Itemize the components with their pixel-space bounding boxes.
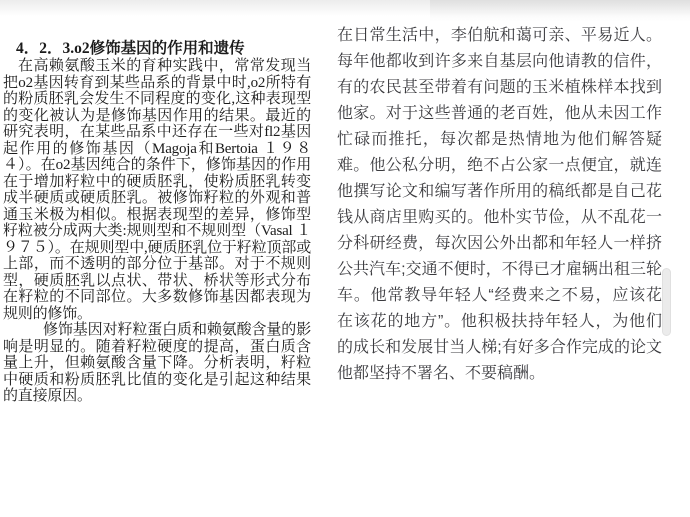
section-heading: 4．2．3.o2修饰基因的作用和遗传 <box>3 40 311 58</box>
right-text-column: 在日常生活中，李伯航和蔼可亲、平易近人。每年他都收到许多来自基层向他请教的信件，… <box>337 23 662 387</box>
right-paragraph: 在日常生活中，李伯航和蔼可亲、平易近人。每年他都收到许多来自基层向他请教的信件，… <box>337 23 662 387</box>
top-edge-shade <box>0 0 690 16</box>
left-text-column: 4．2．3.o2修饰基因的作用和遗传 在高赖氨酸玉米的育种实践中，常常发现当把o… <box>3 40 311 405</box>
left-paragraph-2: 修饰基因对籽粒蛋白质和赖氨酸含量的影响是明显的。随着籽粒硬度的提高，蛋白质含量上… <box>3 322 311 405</box>
document-page: 4．2．3.o2修饰基因的作用和遗传 在高赖氨酸玉米的育种实践中，常常发现当把o… <box>0 0 690 517</box>
scrollbar-thumb[interactable] <box>662 268 671 336</box>
left-paragraph-1: 在高赖氨酸玉米的育种实践中，常常发现当把o2基因转育到某些品系的背景中时,o2所… <box>3 58 311 322</box>
top-right-shade <box>430 0 690 22</box>
